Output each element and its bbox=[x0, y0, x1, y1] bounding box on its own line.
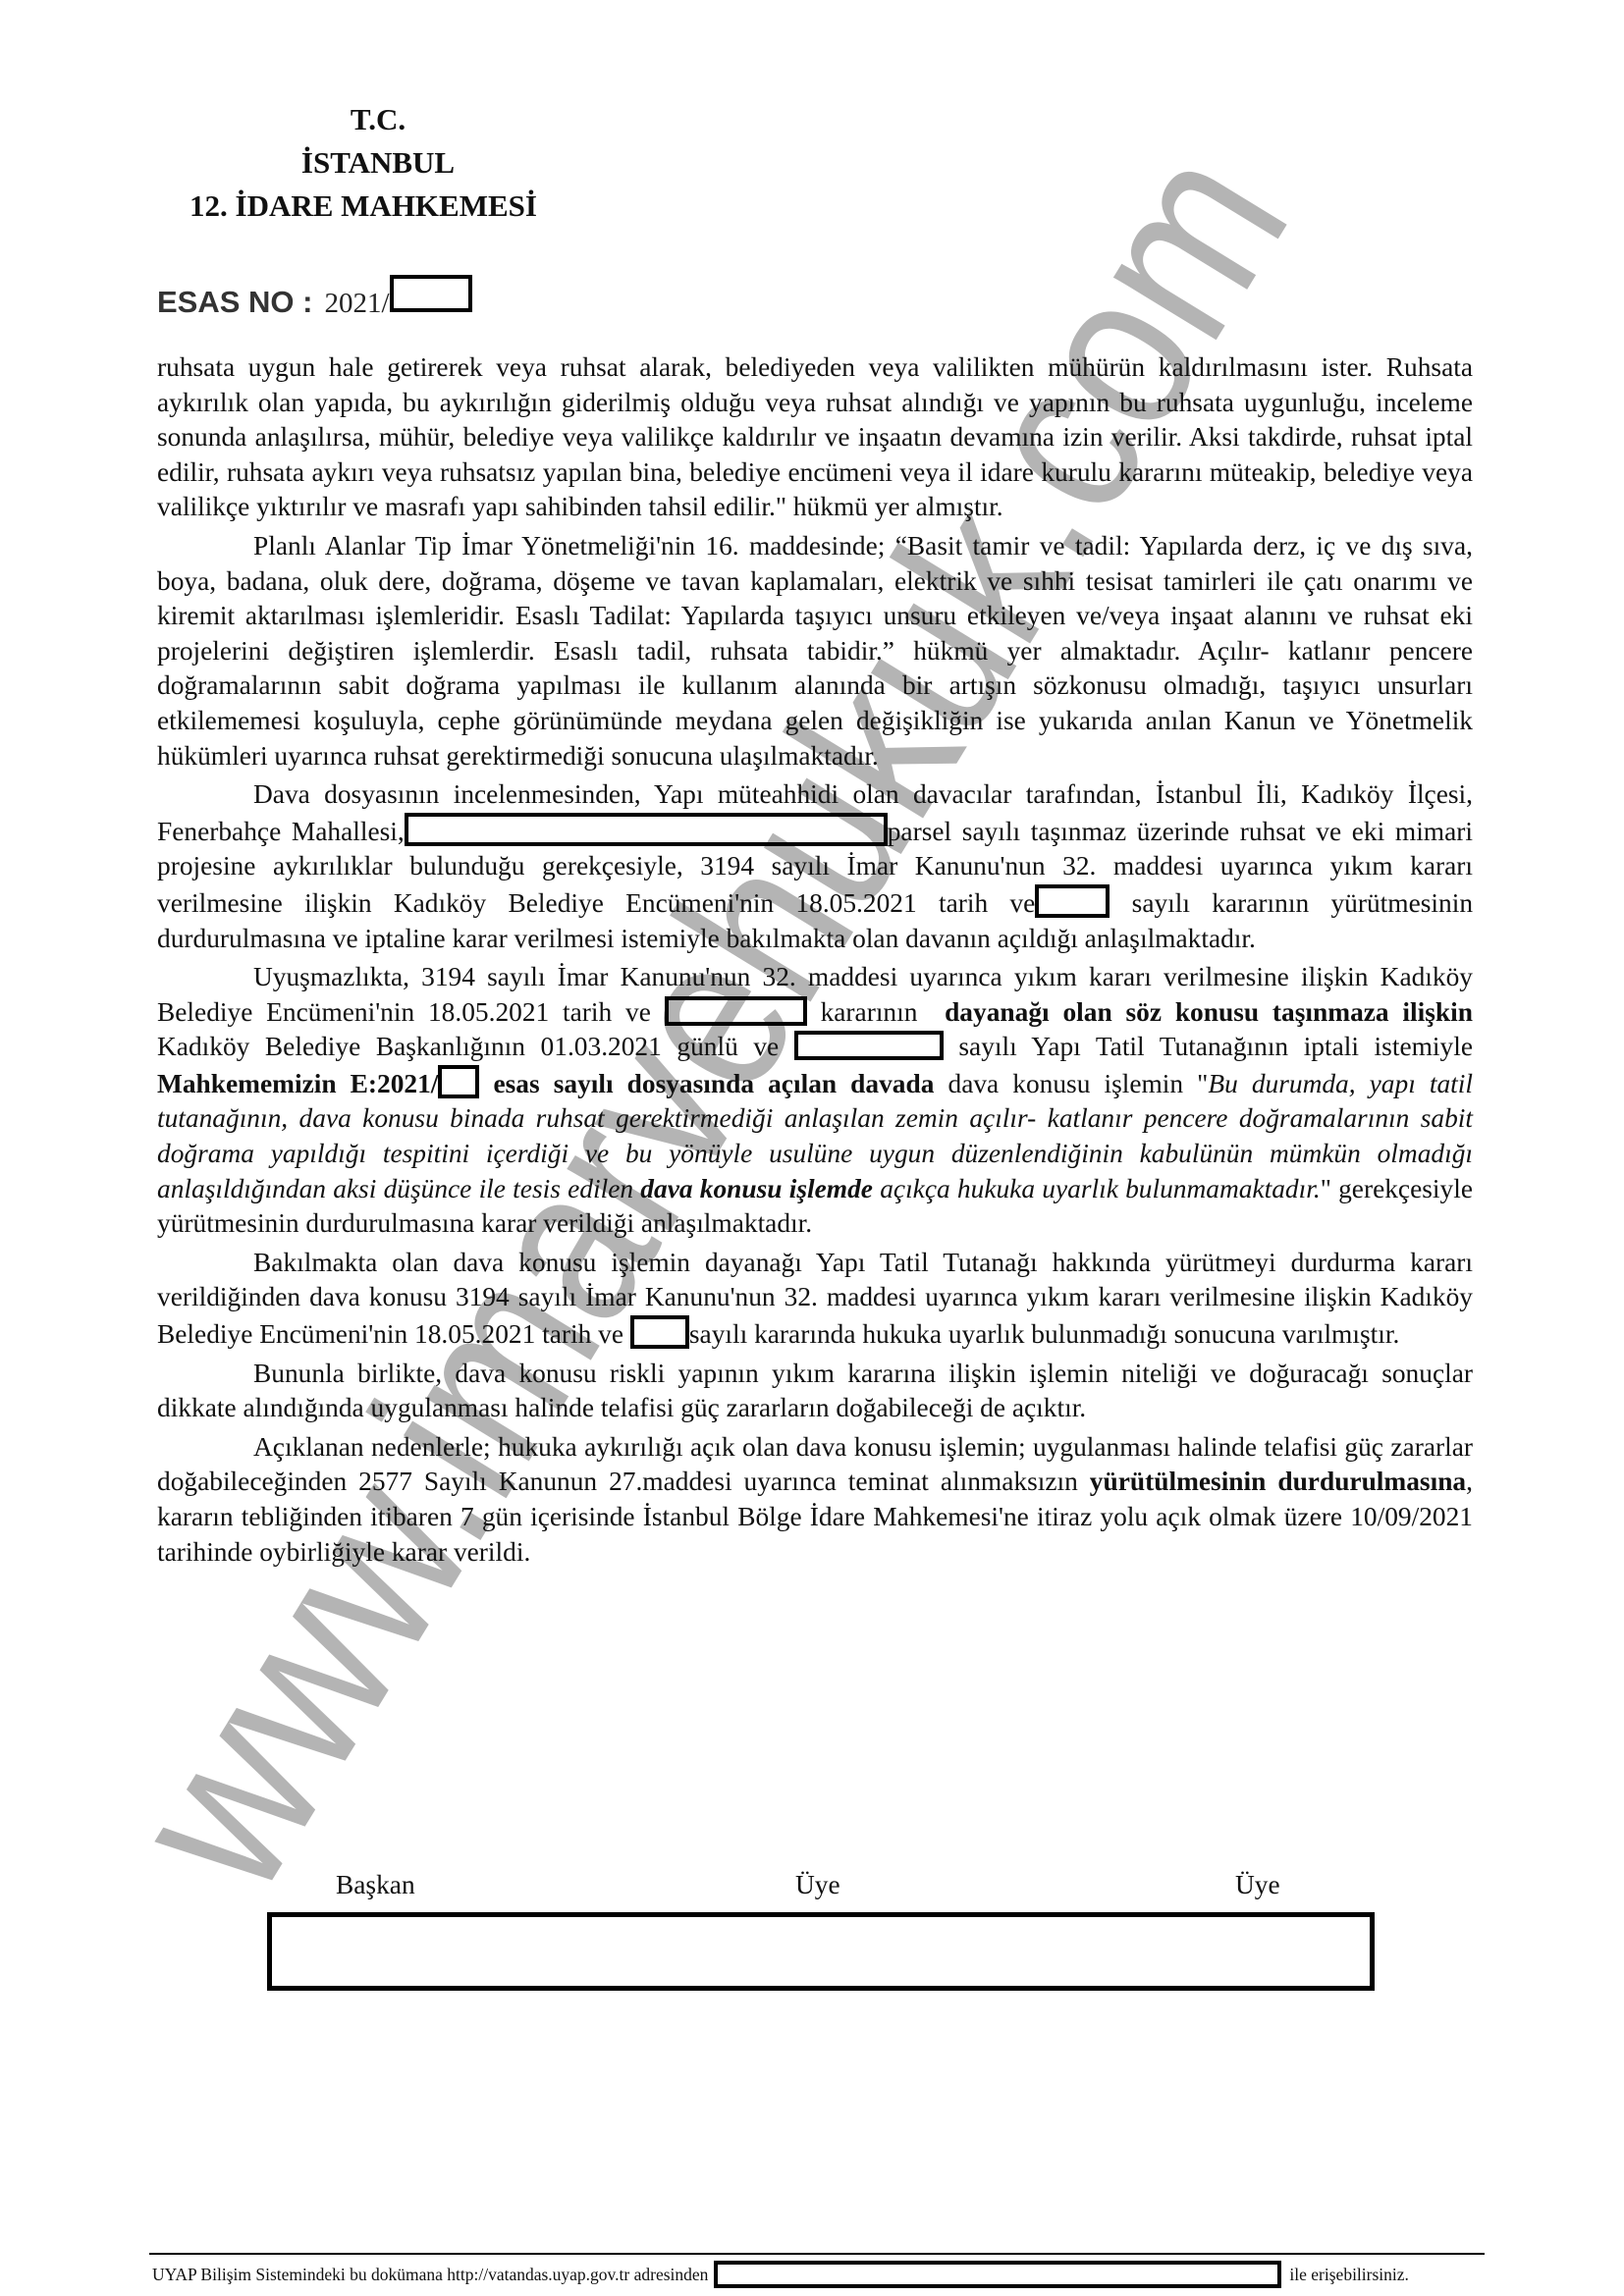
case-number: ESAS NO : 2021/ bbox=[157, 275, 472, 320]
redacted-box bbox=[794, 1031, 944, 1060]
header-line-tc: T.C. bbox=[157, 98, 569, 141]
redacted-box bbox=[405, 813, 888, 846]
footer-divider bbox=[149, 2253, 1485, 2255]
redacted-box bbox=[714, 2261, 1281, 2288]
header-line-court: 12. İDARE MAHKEMESİ bbox=[157, 185, 569, 228]
footer-suffix: ile erişebilirsiniz. bbox=[1289, 2265, 1409, 2285]
redacted-box bbox=[630, 1315, 689, 1349]
case-number-value: 2021/ bbox=[324, 288, 389, 320]
redacted-box bbox=[1035, 884, 1110, 918]
signature-member-2: Üye bbox=[1235, 1870, 1280, 1900]
redacted-box bbox=[390, 275, 472, 312]
paragraph-3: Dava dosyasının incelenmesinden, Yapı mü… bbox=[157, 777, 1473, 956]
signature-member-1: Üye bbox=[795, 1870, 840, 1900]
footer-prefix: UYAP Bilişim Sistemindeki bu dokümana ht… bbox=[152, 2265, 708, 2285]
paragraph-2: Planlı Alanlar Tip İmar Yönetmeliği'nin … bbox=[157, 529, 1473, 774]
paragraph-5: Bakılmakta olan dava konusu işlemin daya… bbox=[157, 1246, 1473, 1353]
document-page: T.C. İSTANBUL 12. İDARE MAHKEMESİ ESAS N… bbox=[0, 0, 1624, 2296]
redacted-signature-box bbox=[267, 1912, 1375, 1991]
signature-president: Başkan bbox=[336, 1870, 415, 1900]
document-body: ruhsata uygun hale getirerek veya ruhsat… bbox=[157, 350, 1473, 1574]
redacted-box bbox=[438, 1065, 479, 1098]
header-line-city: İSTANBUL bbox=[157, 141, 569, 185]
paragraph-4: Uyuşmazlıkta, 3194 sayılı İmar Kanunu'nu… bbox=[157, 960, 1473, 1242]
case-number-label: ESAS NO : bbox=[157, 285, 312, 320]
paragraph-1: ruhsata uygun hale getirerek veya ruhsat… bbox=[157, 350, 1473, 525]
footer: UYAP Bilişim Sistemindeki bu dokümana ht… bbox=[152, 2260, 1488, 2289]
court-header: T.C. İSTANBUL 12. İDARE MAHKEMESİ bbox=[157, 98, 569, 228]
paragraph-6: Bununla birlikte, dava konusu riskli yap… bbox=[157, 1357, 1473, 1426]
paragraph-7: Açıklanan nedenlerle; hukuka aykırılığı … bbox=[157, 1430, 1473, 1570]
redacted-box bbox=[665, 996, 807, 1026]
signature-labels: Başkan Üye Üye bbox=[267, 1870, 1377, 1909]
